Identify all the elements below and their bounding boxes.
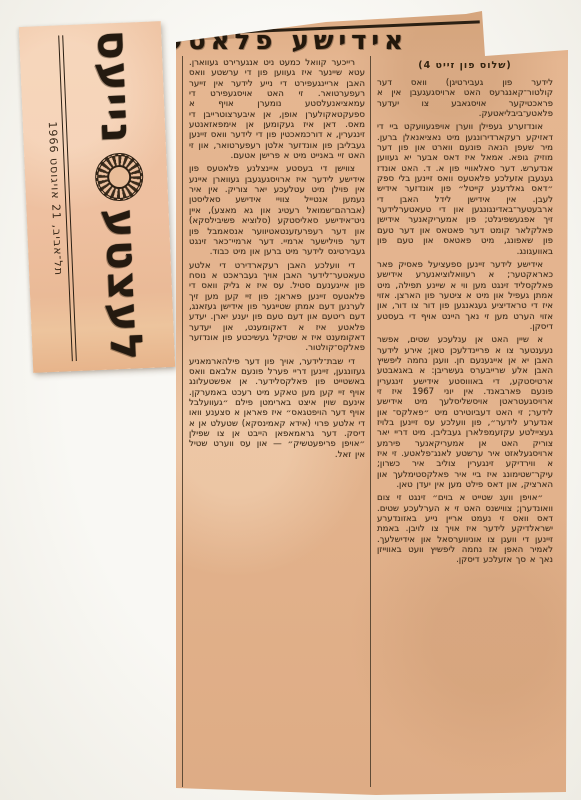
article-paragraph: אידישע לידער זיינען ספעציעל פאסיק פאר כא… [377,260,553,332]
scanned-page: לעצטע נייעס תל־אביב, 21 אויגוסט 1966 איד… [0,0,581,800]
article-column-left: רייכער קוואל כמעט ניט אנגערירט געווארן. … [182,56,370,787]
article-headline: אידישע פלאטעס [224,26,408,56]
column-right-text: לידער פון געבירטיגן) וואס דער קולטור־קאנ… [377,78,553,566]
column-left-text: רייכער קוואל כמעט ניט אנגערירט געווארן. … [189,58,365,460]
article-paragraph: ״אויפן וועג שטייט א בוים״ זינגט זי צום ו… [377,493,553,565]
article-column-right: (שלוס פון זייט 4) לידער פון געבירטיגן) ו… [370,56,558,787]
article-paragraph: צווישן די בעסטע איינצלנע פלאטעס פון אידי… [189,164,365,257]
continued-from-marker: (שלוס פון זייט 4) [377,60,553,71]
article-paragraph: רייכער קוואל כמעט ניט אנגערירט געווארן. … [189,58,365,161]
newspaper-title-word-2: נייעס [88,29,144,146]
article-paragraph: אונדזערע געפילן ווערן אויפגעוועקט ביי די… [377,122,553,256]
newspaper-title-word-1: לעצטע [95,208,152,364]
article-clipping: אידישע פלאטעס (שלוס פון זייט 4) לידער פו… [176,6,568,795]
article-paragraph: לידער פון געבירטיגן) וואס דער קולטור־קאנ… [377,78,553,119]
rotated-masthead: לעצטע נייעס תל־אביב, 21 אויגוסט 1966 [19,21,175,373]
masthead-clipping: לעצטע נייעס תל־אביב, 21 אויגוסט 1966 [19,21,175,373]
article-columns: (שלוס פון זייט 4) לידער פון געבירטיגן) ו… [182,56,558,787]
article-paragraph: די שבת־לידער, אויך פון דער פילהארמאניע ג… [189,357,365,460]
state-seal-icon [94,152,144,202]
article-paragraph: א שיין האט אן ענלעכע שטים, אפשר נעענטער … [377,335,553,490]
newspaper-title: לעצטע נייעס [65,21,175,371]
article-paragraph: די וועלכע האבן רעקארדירט די אלטע טעאטער־… [189,261,365,354]
